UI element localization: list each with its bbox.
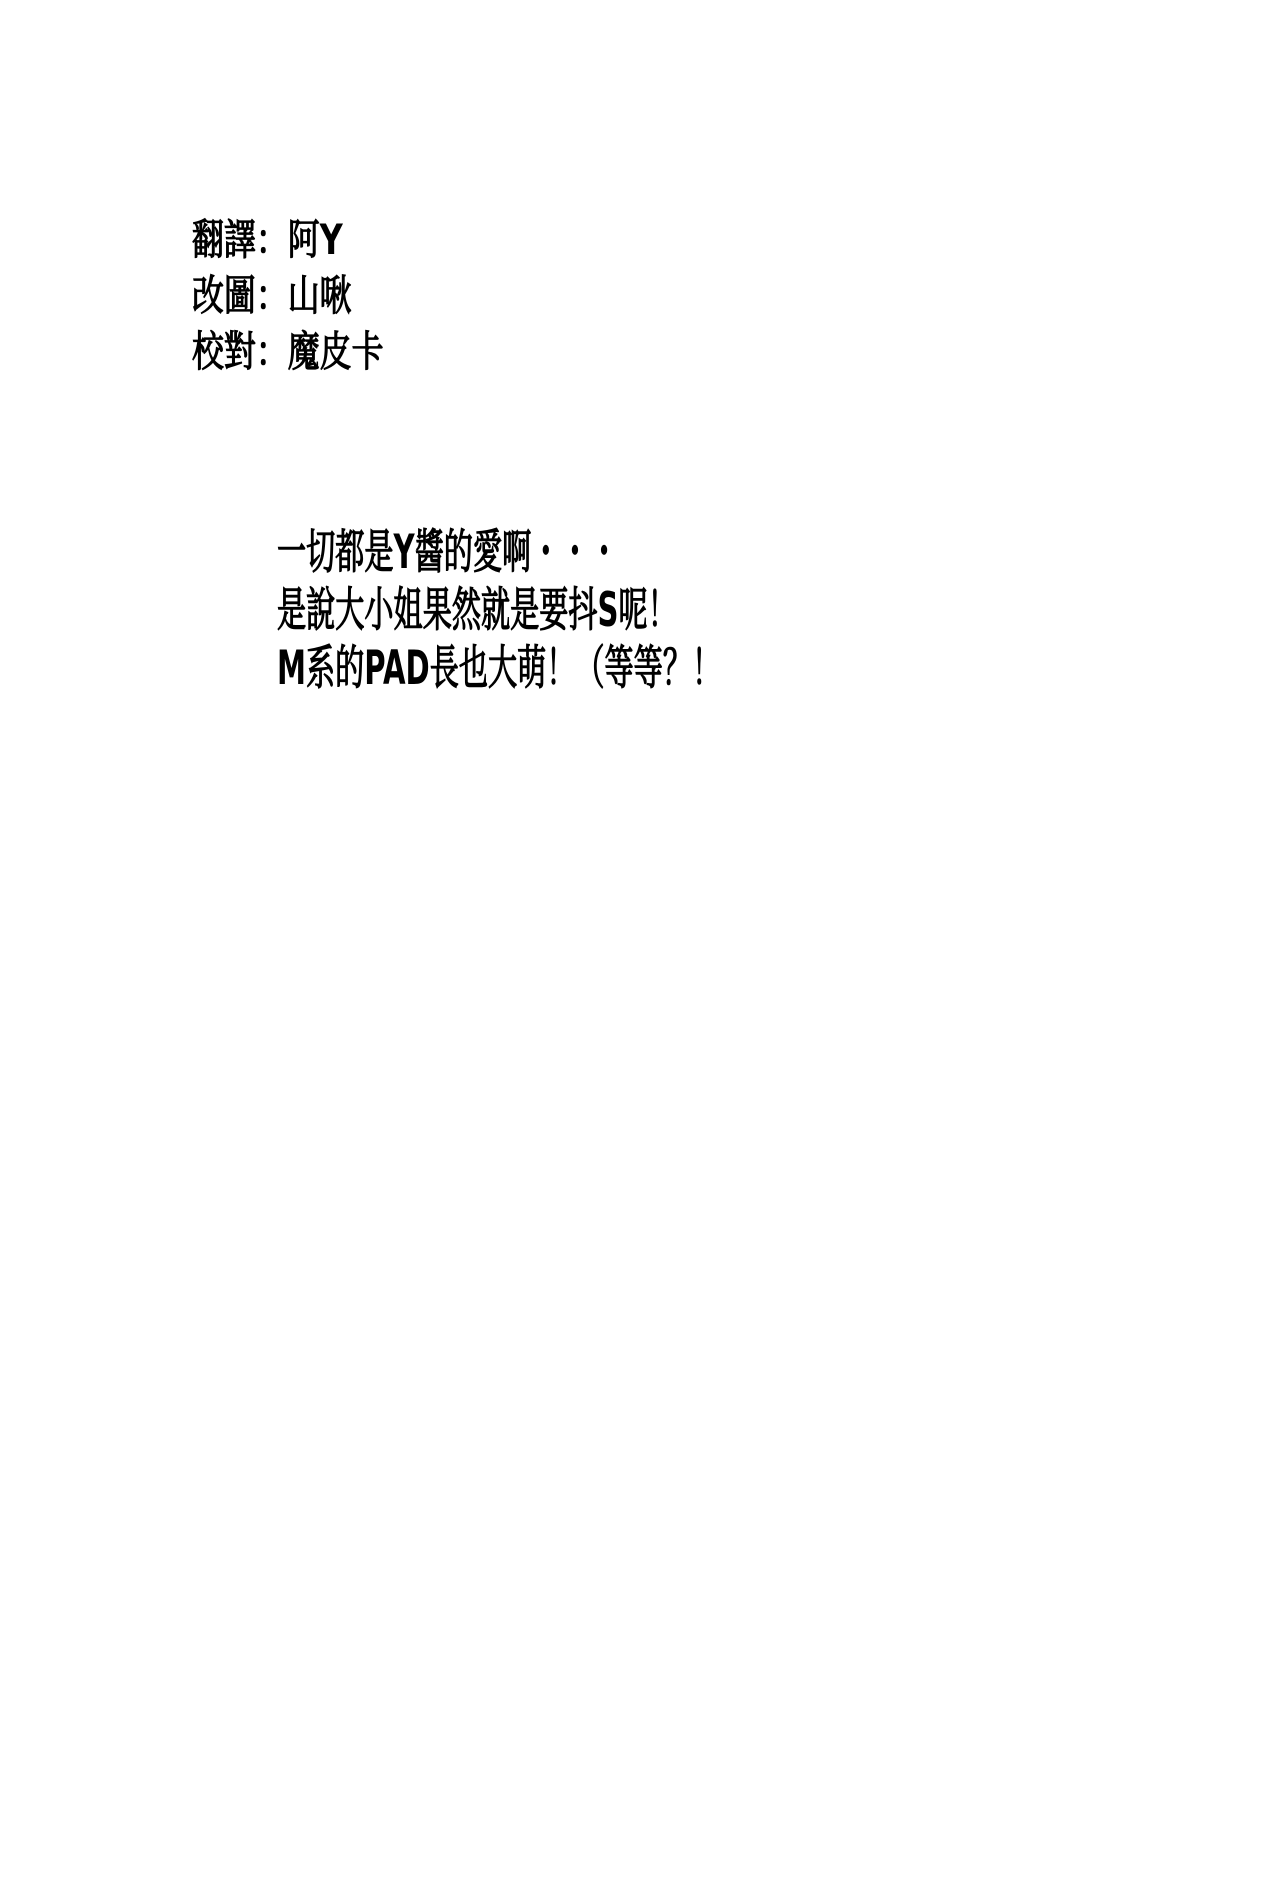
- credits-block: 翻譯：阿Y 改圖：山啾 校對：魔皮卡: [192, 212, 384, 380]
- afterword-block: 一切都是Y醬的愛啊・・・ 是說大小姐果然就是要抖S呢！ M系的PAD長也大萌！（…: [277, 524, 721, 698]
- afterword-line-1: 一切都是Y醬的愛啊・・・: [277, 524, 721, 582]
- credit-line-proofreader: 校對：魔皮卡: [192, 324, 384, 380]
- scan-page: 翻譯：阿Y 改圖：山啾 校對：魔皮卡 一切都是Y醬的愛啊・・・ 是說大小姐果然就…: [0, 0, 1280, 1882]
- credit-line-translator: 翻譯：阿Y: [192, 212, 384, 268]
- afterword-line-2: 是說大小姐果然就是要抖S呢！: [277, 582, 721, 640]
- credit-line-editor: 改圖：山啾: [192, 268, 384, 324]
- afterword-line-3: M系的PAD長也大萌！（等等？！: [277, 640, 721, 698]
